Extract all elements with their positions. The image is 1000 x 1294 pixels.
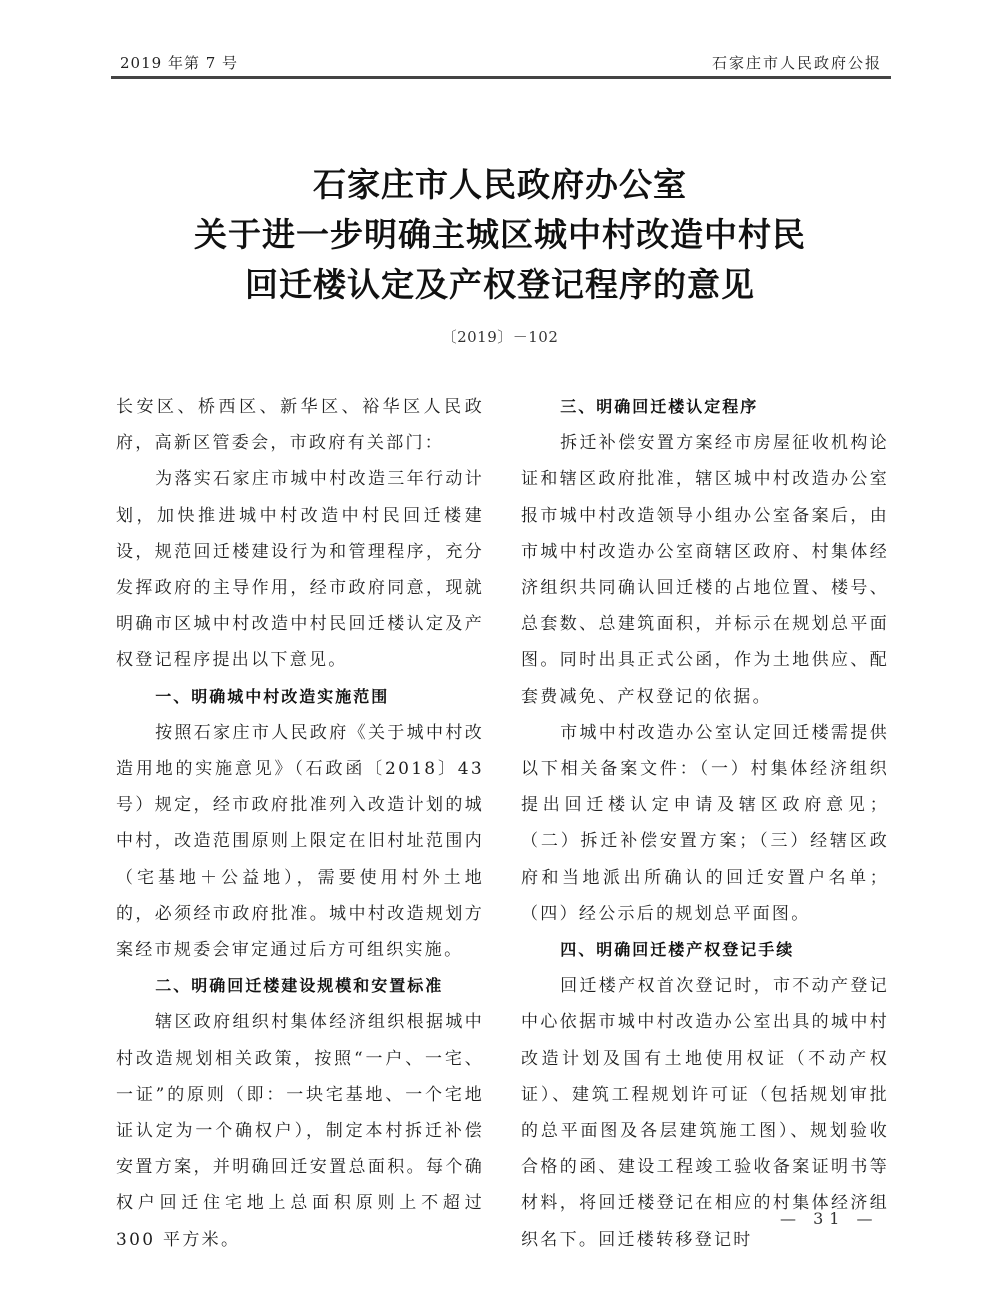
publication-name: 石家庄市人民政府公报 [712,52,882,73]
section-3-heading: 三、明确回迁楼认定程序 [521,389,889,425]
section-1-body: 按照石家庄市人民政府《关于城中村改造用地的实施意见》（石政函〔2018〕43 号… [116,715,484,968]
section-3-body-2: 市城中村改造办公室认定回迁楼需提供以下相关备案文件：（一）村集体经济组织提出回迁… [521,715,889,932]
issue-label: 2019 年第 7 号 [120,52,238,73]
title-line-3: 回迁楼认定及产权登记程序的意见 [0,260,1000,310]
section-1-heading: 一、明确城中村改造实施范围 [116,679,484,715]
right-column: 三、明确回迁楼认定程序 拆迁补偿安置方案经市房屋征收机构论证和辖区政府批准，辖区… [521,389,889,1258]
left-column: 长安区、桥西区、新华区、裕华区人民政府，高新区管委会，市政府有关部门： 为落实石… [116,389,484,1258]
header-rule [111,76,891,79]
addressee: 长安区、桥西区、新华区、裕华区人民政府，高新区管委会，市政府有关部门： [116,389,484,461]
running-header: 2019 年第 7 号 石家庄市人民政府公报 [116,48,886,76]
page-number: — 31 — [780,1209,879,1228]
document-title: 石家庄市人民政府办公室 关于进一步明确主城区城中村改造中村民 回迁楼认定及产权登… [0,160,1000,310]
intro-paragraph: 为落实石家庄市城中村改造三年行动计划，加快推进城中村改造中村民回迁楼建设，规范回… [116,461,484,678]
title-line-2: 关于进一步明确主城区城中村改造中村民 [0,210,1000,260]
title-line-1: 石家庄市人民政府办公室 [0,160,1000,210]
section-2-body: 辖区政府组织村集体经济组织根据城中村改造规划相关政策，按照“一户、一宅、一证”的… [116,1004,484,1257]
section-3-body-1: 拆迁补偿安置方案经市房屋征收机构论证和辖区政府批准，辖区城中村改造办公室报市城中… [521,425,889,715]
section-2-heading: 二、明确回迁楼建设规模和安置标准 [116,968,484,1004]
document-number: 〔2019〕－102 [0,326,1000,347]
section-4-heading: 四、明确回迁楼产权登记手续 [521,932,889,968]
